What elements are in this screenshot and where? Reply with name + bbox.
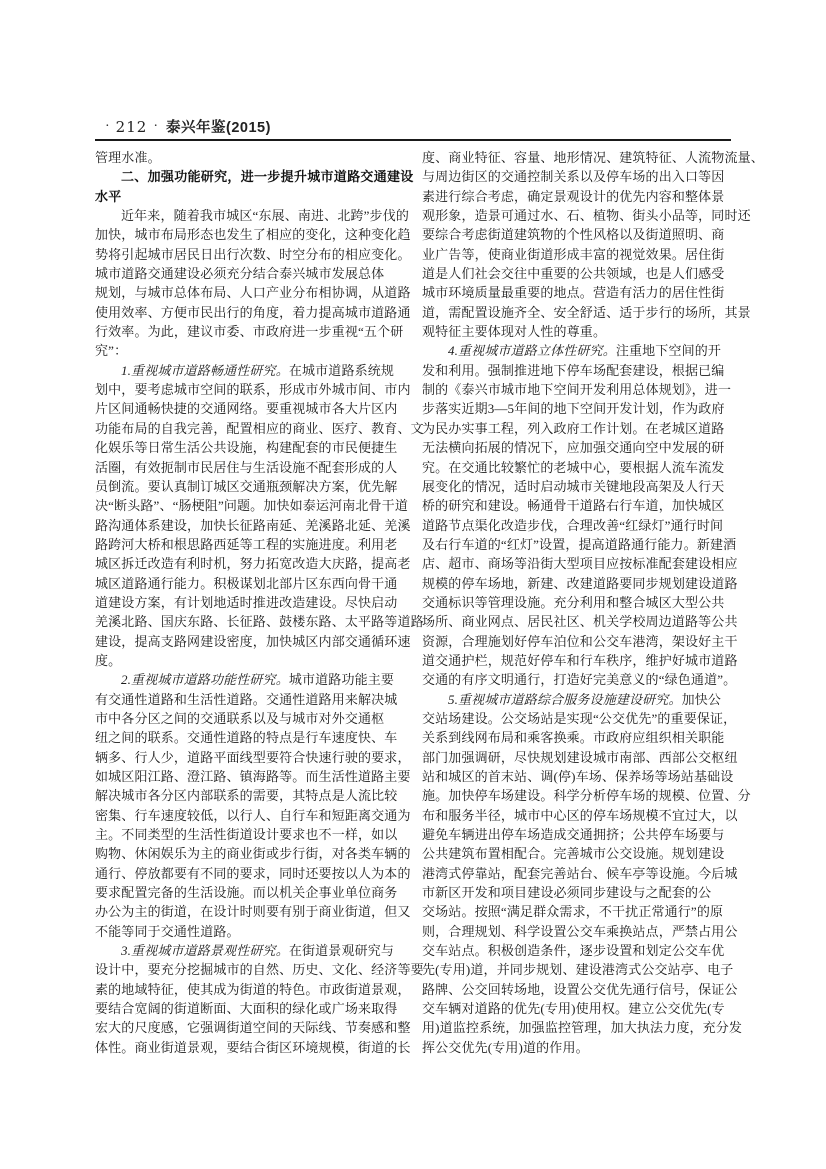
text-line: 场所、商业网点、居民社区、机关学校周边道路等公共 [422, 612, 738, 631]
text-line: 步落实近期3—5年间的地下空间开发计划，作为政府 [422, 399, 738, 418]
body-text: 使用效率、方便市民出行的角度，着力提高城市道路通 [95, 305, 411, 320]
text-line: 管理水准。 [95, 148, 411, 167]
text-line: 用)道监控系统，加强监控管理，加大执法力度，充分发 [422, 1018, 738, 1037]
text-line: 2.重视城市道路功能性研究。城市道路功能主要 [95, 670, 411, 689]
text-line: 道建设方案，有计划地适时推进改造建设。尽快启动 [95, 593, 411, 612]
book-title: 泰兴年鉴(2015) [166, 116, 271, 137]
text-line: 无法横向拓展的情况下，应加强交通向空中发展的研 [422, 438, 738, 457]
text-line: 市新区开发和项目建设必须同步建设与之配套的公 [422, 883, 738, 902]
text-line: 挥公交优先(专用)道的作用。 [422, 1038, 738, 1057]
text-line: 片区间通畅快捷的交通网络。要重视城市各大片区内 [95, 399, 411, 418]
text-line: 3.重视城市道路景观性研究。在街道景观研究与 [95, 941, 411, 960]
text-line: 市中各分区之间的交通联系以及与城市对外交通枢 [95, 709, 411, 728]
body-text: 城市环境质量最重要的地点。营造有活力的居住性街 [422, 285, 724, 300]
body-text: 城市道路交通建设必须充分结合泰兴城市发展总体 [95, 266, 384, 281]
text-line: 不能等同于交通性道路。 [95, 922, 411, 941]
text-line: 密集、行车速度较低，以行人、自行车和短距离交通为 [95, 806, 411, 825]
body-text: 辆多、行人少，道路平面线型要符合快速行驶的要求， [95, 750, 411, 765]
text-line: 交车辆对道路的优先(专用)使用权。建立公交优先(专 [422, 999, 738, 1018]
body-text: 观特征主要体现对人性的尊重。 [422, 324, 606, 339]
body-text: 要求配置完备的生活设施。而以机关企事业单位商务 [95, 885, 397, 900]
text-line: 路牌、公交回转场地，设置公交优先通行信号，保证公 [422, 980, 738, 999]
text-line: 解决城市各分区内部联系的需要，其特点是人流比较 [95, 786, 411, 805]
text-line: 究”： [95, 341, 411, 360]
body-text: 管理水准。 [95, 150, 161, 165]
text-line: 交通标识等管理设施。充分利用和整合城区大型公共 [422, 593, 738, 612]
text-line: 主。不同类型的生活性街道设计要求也不一样，如以 [95, 825, 411, 844]
body-text: 规划，与城市总体布局、人口产业分布相协调，从道路 [95, 285, 411, 300]
text-line: 与周边街区的交通控制关系以及停车场的出入口等因 [422, 167, 738, 186]
body-text: 为民办实事工程，列入政府工作计划。在老城区道路 [422, 421, 724, 436]
text-line: 通行、停放都要有不同的要求，同时还要按以人为本的 [95, 864, 411, 883]
text-line: 观特征主要体现对人性的尊重。 [422, 322, 738, 341]
body-text: 设计中，要充分挖掘城市的自然、历史、文化、经济等要 [95, 962, 424, 977]
body-text: 场所、商业网点、居民社区、机关学校周边道路等公共 [422, 614, 738, 629]
body-text: 解决城市各分区内部联系的需要，其特点是人流比较 [95, 788, 397, 803]
body-text: 避免车辆进出停车场造成交通拥挤；公共停车场要与 [422, 827, 724, 842]
text-line: 辆多、行人少，道路平面线型要符合快速行驶的要求， [95, 748, 411, 767]
text-line: 则，合理规划、科学设置公交车乘换站点，严禁占用公 [422, 922, 738, 941]
text-line: 交通的有序文明通行，打造好完美意义的“绿色通道”。 [422, 670, 738, 689]
text-line: 交站场建设。公交场站是实现“公交优先”的重要保证， [422, 709, 738, 728]
body-text: 近年来，随着我市城区“东展、南进、北跨”步伐的 [121, 208, 409, 223]
text-line: 先(专用)道，并同步规划、建设港湾式公交站亭、电子 [422, 960, 738, 979]
text-line: 加快，城市布局形态也发生了相应的变化，这种变化趋 [95, 225, 411, 244]
body-text: 与周边街区的交通控制关系以及停车场的出入口等因 [422, 169, 724, 184]
text-line: 站和城区的首末站、调(停)车场、保养场等场站基础设 [422, 767, 738, 786]
header-right-dot: · [147, 119, 164, 135]
text-line: 避免车辆进出停车场造成交通拥挤；公共停车场要与 [422, 825, 738, 844]
body-text: 公共建筑布置相配合。完善城市公交设施。规划建设 [422, 846, 724, 861]
text-line: 度、商业特征、容量、地形情况、建筑特征、人流物流量、 [422, 148, 738, 167]
text-line: 建设，提高支路网建设密度，加快城区内部交通循环速 [95, 632, 411, 651]
text-line: 员倒流。要认真制订城区交通瓶颈解决方案，优先解 [95, 477, 411, 496]
body-text: 关系到线网布局和乘客换乘。市政府应组织相关职能 [422, 730, 724, 745]
page-number: 212 [116, 118, 148, 136]
text-line: 为民办实事工程，列入政府工作计划。在老城区道路 [422, 419, 738, 438]
body-text: 路跨河大桥和根思路西延等工程的实施进度。利用老 [95, 537, 397, 552]
text-line: 城市道路交通建设必须充分结合泰兴城市发展总体 [95, 264, 411, 283]
text-line: 纽之间的联系。交通性道路的特点是行车速度快、车 [95, 728, 411, 747]
text-line: 行效率。为此，建议市委、市政府进一步重视“五个研 [95, 322, 411, 341]
text-line: 道交通护栏，规范好停车和行车秩序，维护好城市道路 [422, 651, 738, 670]
text-line: 水平 [95, 187, 411, 206]
body-text: 道交通护栏，规范好停车和行车秩序，维护好城市道路 [422, 653, 738, 668]
text-line: 有交通性道路和生活性道路。交通性道路用来解决城 [95, 690, 411, 709]
text-line: 布和服务半径，城市中心区的停车场规模不宜过大，以 [422, 806, 738, 825]
body-text: 道建设方案，有计划地适时推进改造建设。尽快启动 [95, 595, 397, 610]
body-text: 交通的有序文明通行，打造好完美意义的“绿色通道”。 [422, 672, 736, 687]
text-line: 道路节点渠化改造步伐，合理改善“红绿灯”通行时间 [422, 516, 738, 535]
body-text: 则，合理规划、科学设置公交车乘换站点，严禁占用公 [422, 924, 738, 939]
text-line: 使用效率、方便市民出行的角度，着力提高城市道路通 [95, 303, 411, 322]
text-line: 办公为主的街道，在设计时则要有别于商业街道，但又 [95, 902, 411, 921]
text-line: 1.重视城市道路畅通性研究。在城市道路系统规 [95, 361, 411, 380]
text-column-left: 管理水准。二、加强功能研究，进一步提升城市道路交通建设水平近年来，随着我市城区“… [95, 148, 411, 1057]
text-line: 桥的研究和建设。畅通骨干道路右行车道，加快城区 [422, 496, 738, 515]
body-text: 员倒流。要认真制订城区交通瓶颈解决方案，优先解 [95, 479, 397, 494]
text-line: 素进行综合考虑，确定景观设计的优先内容和整体景 [422, 187, 738, 206]
body-text: 度、商业特征、容量、地形情况、建筑特征、人流物流量、 [422, 150, 764, 165]
body-text: 势将引起城市居民日出行次数、时空分布的相应变化。 [95, 247, 411, 262]
text-line: 道，需配置设施齐全、安全舒适、适于步行的场所，其景 [422, 303, 738, 322]
text-line: 宏大的尺度感，它强调街道空间的天际线、节奏感和整 [95, 1018, 411, 1037]
body-text: 规模的停车场地，新建、改建道路要同步规划建设道路 [422, 576, 738, 591]
body-text: 制的《泰兴市城市地下空间开发利用总体规划》，进一 [422, 382, 731, 397]
body-text: 不能等同于交通性道路。 [95, 924, 240, 939]
body-text: 先(专用)道，并同步规划、建设港湾式公交站亭、电子 [422, 962, 733, 977]
body-text: 交车辆对道路的优先(专用)使用权。建立公交优先(专 [422, 1001, 725, 1016]
text-line: 道是人们社会交往中重要的公共领域，也是人们感受 [422, 264, 738, 283]
body-text: 宏大的尺度感，它强调街道空间的天际线、节奏感和整 [95, 1020, 411, 1035]
body-text: 密集、行车速度较低，以行人、自行车和短距离交通为 [95, 808, 411, 823]
text-line: 羌溪北路、国庆东路、长征路、鼓楼东路、太平路等道路 [95, 612, 411, 631]
body-text: 桥的研究和建设。畅通骨干道路右行车道，加快城区 [422, 498, 724, 513]
body-text: 店、超市、商场等沿街大型项目应按标准配套建设相应 [422, 556, 738, 571]
text-line: 规模的停车场地，新建、改建道路要同步规划建设道路 [422, 574, 738, 593]
text-line: 发和利用。强制推进地下停车场配套建设，根据已编 [422, 361, 738, 380]
text-line: 公共建筑布置相配合。完善城市公交设施。规划建设 [422, 844, 738, 863]
body-text: 业广告等，使商业街道形成丰富的视觉效果。居住街 [422, 247, 724, 262]
text-line: 如城区阳江路、澄江路、镇海路等。而生活性道路主要 [95, 767, 411, 786]
body-text: 活圈，有效扼制市民居住与生活设施不配套形成的人 [95, 460, 397, 475]
body-text: 无法横向拓展的情况下，应加强交通向空中发展的研 [422, 440, 724, 455]
text-line: 究。在交通比较繁忙的老城中心，要根据人流车流发 [422, 458, 738, 477]
body-text: 交车站点。积极创造条件，逐步设置和划定公交车优 [422, 943, 724, 958]
body-text: 交站场建设。公交场站是实现“公交优先”的重要保证， [422, 711, 736, 726]
body-text: 挥公交优先(专用)道的作用。 [422, 1040, 589, 1055]
text-line: 港湾式停靠站，配套完善站台、候车亭等设施。今后城 [422, 864, 738, 883]
text-line: 要综合考虑街道建筑物的个性风格以及街道照明、商 [422, 225, 738, 244]
section-heading-text: 4.重视城市道路立体性研究。 [448, 343, 616, 358]
text-line: 观形象，造景可通过水、石、植物、街头小品等，同时还 [422, 206, 738, 225]
body-text: 度。 [95, 653, 121, 668]
body-text: 加快公 [682, 692, 721, 707]
body-text: 有交通性道路和生活性道路。交通性道路用来解决城 [95, 692, 397, 707]
body-text: 道是人们社会交往中重要的公共领域，也是人们感受 [422, 266, 724, 281]
text-line: 活圈，有效扼制市民居住与生活设施不配套形成的人 [95, 458, 411, 477]
body-text: 素的地域特征，使其成为街道的特色。市政街道景观， [95, 982, 411, 997]
text-line: 二、加强功能研究，进一步提升城市道路交通建设 [95, 167, 411, 186]
body-text: 站和城区的首末站、调(停)车场、保养场等场站基础设 [422, 769, 733, 784]
text-line: 4.重视城市道路立体性研究。注重地下空间的开 [422, 341, 738, 360]
body-text: 布和服务半径，城市中心区的停车场规模不宜过大，以 [422, 808, 738, 823]
body-text: 市中各分区之间的交通联系以及与城市对外交通枢 [95, 711, 384, 726]
text-line: 决“断头路”、“肠梗阻”问题。加快如泰运河南北骨干道 [95, 496, 411, 515]
page-header: · 212 · 泰兴年鉴(2015) [99, 116, 271, 137]
body-text: 城区拆迁改造有利时机，努力拓宽改造大庆路，提高老 [95, 556, 411, 571]
body-text: 在街道景观研究与 [289, 943, 394, 958]
body-text: 道路节点渠化改造步伐，合理改善“红绿灯”通行时间 [422, 518, 723, 533]
body-text: 化娱乐等日常生活公共设施，构建配套的市民便捷生 [95, 440, 397, 455]
body-text: 纽之间的联系。交通性道路的特点是行车速度快、车 [95, 730, 397, 745]
text-line: 关系到线网布局和乘客换乘。市政府应组织相关职能 [422, 728, 738, 747]
body-text: 及右行车道的“红灯”设置，提高道路通行能力。新建酒 [422, 537, 736, 552]
body-text: 划中，要考虑城市空间的联系，形成市外城市间、市内 [95, 382, 411, 397]
heading-text: 二、加强功能研究，进一步提升城市道路交通建设 [121, 169, 414, 184]
body-text: 建设，提高支路网建设密度，加快城区内部交通循环速 [95, 634, 411, 649]
body-text: 加快，城市布局形态也发生了相应的变化，这种变化趋 [95, 227, 411, 242]
body-text: 功能布局的自我完善，配置相应的商业、医疗、教育、文 [95, 421, 424, 436]
text-line: 店、超市、商场等沿街大型项目应按标准配套建设相应 [422, 554, 738, 573]
header-left-dot: · [99, 119, 116, 135]
section-heading-text: 1.重视城市道路畅通性研究。 [121, 363, 289, 378]
text-line: 城区拆迁改造有利时机，努力拓宽改造大庆路，提高老 [95, 554, 411, 573]
text-line: 城市环境质量最重要的地点。营造有活力的居住性街 [422, 283, 738, 302]
text-line: 部门加强调研，尽快规划建设城市南部、西部公交枢纽 [422, 748, 738, 767]
body-text: 施。加快停车场建设。科学分析停车场的规模、位置、分 [422, 788, 751, 803]
body-text: 片区间通畅快捷的交通网络。要重视城市各大片区内 [95, 401, 397, 416]
text-line: 要结合宽阔的街道断面、大面积的绿化或广场来取得 [95, 999, 411, 1018]
body-text: 主。不同类型的生活性街道设计要求也不一样，如以 [95, 827, 397, 842]
text-line: 交车站点。积极创造条件，逐步设置和划定公交车优 [422, 941, 738, 960]
text-column-right: 度、商业特征、容量、地形情况、建筑特征、人流物流量、与周边街区的交通控制关系以及… [422, 148, 738, 1057]
text-line: 划中，要考虑城市空间的联系，形成市外城市间、市内 [95, 380, 411, 399]
body-text: 决“断头路”、“肠梗阻”问题。加快如泰运河南北骨干道 [95, 498, 408, 513]
body-text: 市新区开发和项目建设必须同步建设与之配套的公 [422, 885, 711, 900]
text-line: 购物、休闲娱乐为主的商业街或步行街，对各类车辆的 [95, 844, 411, 863]
text-line: 展变化的情况，适时启动城市关键地段高架及人行天 [422, 477, 738, 496]
body-text: 观形象，造景可通过水、石、植物、街头小品等，同时还 [422, 208, 751, 223]
body-text: 购物、休闲娱乐为主的商业街或步行街，对各类车辆的 [95, 846, 411, 861]
text-line: 近年来，随着我市城区“东展、南进、北跨”步伐的 [95, 206, 411, 225]
body-text: 交场站。按照“满足群众需求，不干扰正常通行”的原 [422, 904, 723, 919]
body-text: 素进行综合考虑，确定景观设计的优先内容和整体景 [422, 189, 724, 204]
text-line: 素的地域特征，使其成为街道的特色。市政街道景观， [95, 980, 411, 999]
body-text: 通行、停放都要有不同的要求，同时还要按以人为本的 [95, 866, 411, 881]
body-text: 部门加强调研，尽快规划建设城市南部、西部公交枢纽 [422, 750, 738, 765]
text-line: 业广告等，使商业街道形成丰富的视觉效果。居住街 [422, 245, 738, 264]
body-text: 究。在交通比较繁忙的老城中心，要根据人流车流发 [422, 460, 724, 475]
text-line: 交场站。按照“满足群众需求，不干扰正常通行”的原 [422, 902, 738, 921]
body-text: 办公为主的街道，在设计时则要有别于商业街道，但又 [95, 904, 411, 919]
text-line: 规划，与城市总体布局、人口产业分布相协调，从道路 [95, 283, 411, 302]
body-text: 资源，合理施划好停车泊位和公交车港湾，架设好主干 [422, 634, 738, 649]
body-text: 用)道监控系统，加强监控管理，加大执法力度，充分发 [422, 1020, 742, 1035]
body-text: 行效率。为此，建议市委、市政府进一步重视“五个研 [95, 324, 403, 339]
text-line: 要求配置完备的生活设施。而以机关企事业单位商务 [95, 883, 411, 902]
text-line: 资源，合理施划好停车泊位和公交车港湾，架设好主干 [422, 632, 738, 651]
text-line: 度。 [95, 651, 411, 670]
text-line: 势将引起城市居民日出行次数、时空分布的相应变化。 [95, 245, 411, 264]
text-line: 5.重视城市道路综合服务设施建设研究。加快公 [422, 690, 738, 709]
body-text: 路牌、公交回转场地，设置公交优先通行信号，保证公 [422, 982, 738, 997]
text-line: 及右行车道的“红灯”设置，提高道路通行能力。新建酒 [422, 535, 738, 554]
header-rule [95, 139, 731, 141]
body-text: 发和利用。强制推进地下停车场配套建设，根据已编 [422, 363, 724, 378]
body-text: 要综合考虑街道建筑物的个性风格以及街道照明、商 [422, 227, 724, 242]
body-text: 路沟通体系建设，加快长征路南延、羌溪路北延、羌溪 [95, 518, 411, 533]
text-line: 设计中，要充分挖掘城市的自然、历史、文化、经济等要 [95, 960, 411, 979]
text-line: 制的《泰兴市城市地下空间开发利用总体规划》，进一 [422, 380, 738, 399]
body-text: 交通标识等管理设施。充分利用和整合城区大型公共 [422, 595, 724, 610]
body-text: 步落实近期3—5年间的地下空间开发计划，作为政府 [422, 401, 725, 416]
section-heading-text: 5.重视城市道路综合服务设施建设研究。 [448, 692, 682, 707]
text-line: 城区道路通行能力。积极谋划北部片区东西向骨干通 [95, 574, 411, 593]
heading-text: 水平 [95, 189, 122, 204]
text-line: 化娱乐等日常生活公共设施，构建配套的市民便捷生 [95, 438, 411, 457]
body-text: 城市道路功能主要 [289, 672, 394, 687]
body-text: 注重地下空间的开 [616, 343, 721, 358]
body-text: 展变化的情况，适时启动城市关键地段高架及人行天 [422, 479, 724, 494]
text-line: 路跨河大桥和根思路西延等工程的实施进度。利用老 [95, 535, 411, 554]
body-text: 在城市道路系统规 [289, 363, 394, 378]
text-line: 施。加快停车场建设。科学分析停车场的规模、位置、分 [422, 786, 738, 805]
text-line: 体性。商业街道景观，要结合街区环境规模，街道的长 [95, 1038, 411, 1057]
body-text: 如城区阳江路、澄江路、镇海路等。而生活性道路主要 [95, 769, 411, 784]
text-line: 路沟通体系建设，加快长征路南延、羌溪路北延、羌溪 [95, 516, 411, 535]
body-text: 城区道路通行能力。积极谋划北部片区东西向骨干通 [95, 576, 397, 591]
body-text: 要结合宽阔的街道断面、大面积的绿化或广场来取得 [95, 1001, 397, 1016]
text-line: 功能布局的自我完善，配置相应的商业、医疗、教育、文 [95, 419, 411, 438]
body-text: 体性。商业街道景观，要结合街区环境规模，街道的长 [95, 1040, 411, 1055]
body-text: 港湾式停靠站，配套完善站台、候车亭等设施。今后城 [422, 866, 738, 881]
section-heading-text: 3.重视城市道路景观性研究。 [121, 943, 289, 958]
body-text: 羌溪北路、国庆东路、长征路、鼓楼东路、太平路等道路 [95, 614, 424, 629]
body-text: 究”： [95, 343, 127, 358]
body-text: 道，需配置设施齐全、安全舒适、适于步行的场所，其景 [422, 305, 751, 320]
book-page: · 212 · 泰兴年鉴(2015) 管理水准。二、加强功能研究，进一步提升城市… [0, 0, 826, 1169]
section-heading-text: 2.重视城市道路功能性研究。 [121, 672, 289, 687]
